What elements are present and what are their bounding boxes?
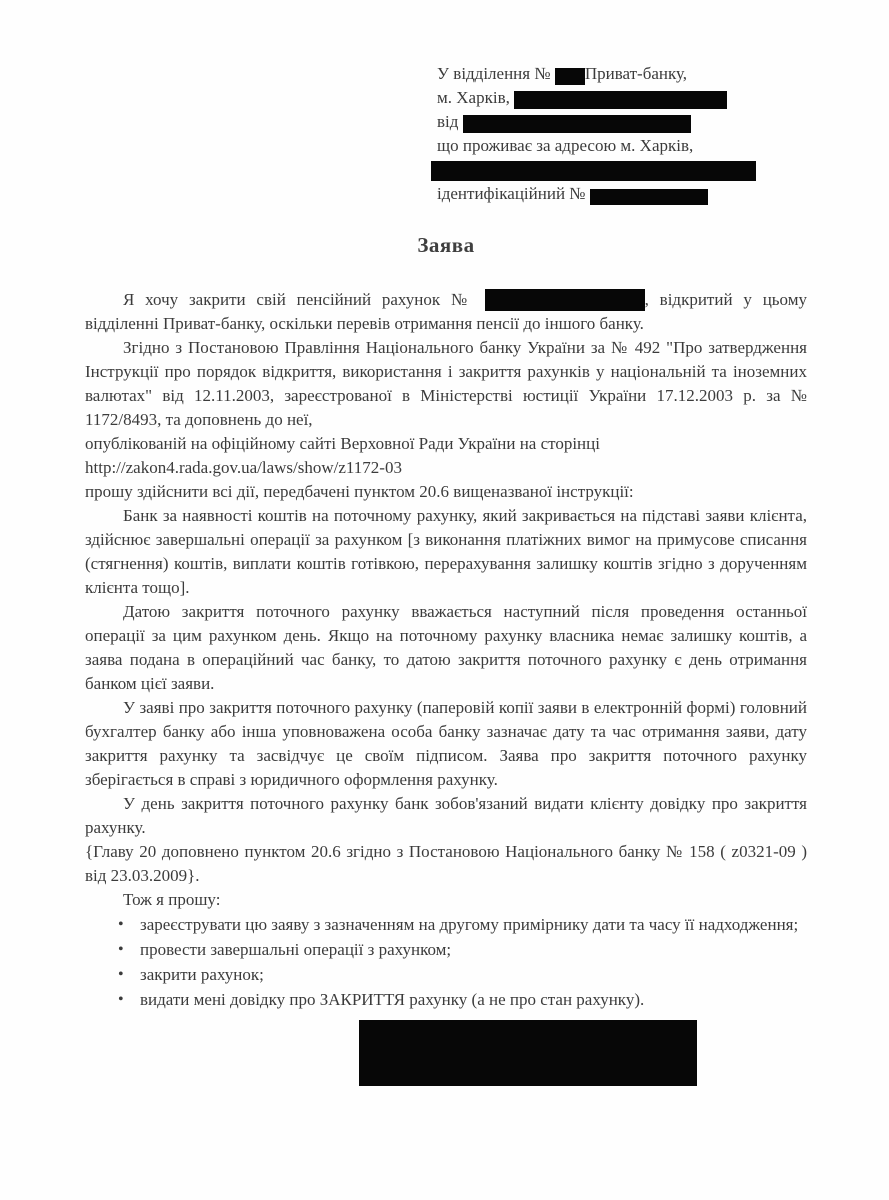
redaction-box-signature (359, 1020, 697, 1086)
document-title: Заява (85, 233, 807, 258)
recipient-line-text: ідентифікаційний № (437, 184, 590, 203)
paragraph-text: Я хочу закрити свій пенсійний рахунок № (123, 290, 485, 309)
recipient-line-text: що проживає за адресою м. Харків, (437, 136, 693, 155)
document-page: У відділення № Приват-банку, м. Харків, … (0, 0, 889, 1200)
recipient-line-residence: що проживає за адресою м. Харків, (437, 134, 809, 158)
recipient-line-text: У відділення № (437, 64, 555, 83)
paragraph-legal-basis: Згідно з Постановою Правління Національн… (85, 336, 807, 504)
paragraph-closing-date: Датою закриття поточного рахунку вважаєт… (85, 600, 807, 696)
paragraph-certificate-obligation: У день закриття поточного рахунку банк з… (85, 792, 807, 840)
recipient-line-text: від (437, 112, 463, 131)
paragraph-request-close: Я хочу закрити свій пенсійний рахунок № … (85, 287, 807, 336)
paragraph-amendment-note: {Главу 20 доповнено пунктом 20.6 згідно … (85, 840, 807, 888)
request-list-item-certificate: видати мені довідку про ЗАКРИТТЯ рахунку… (85, 988, 807, 1012)
request-list: зареєструвати цю заяву з зазначенням на … (85, 913, 807, 1012)
recipient-line-branch: У відділення № Приват-банку, (437, 62, 809, 86)
paragraph-bank-final-operations: Банк за наявності коштів на поточному ра… (85, 504, 807, 600)
request-list-item-close-account: закрити рахунок; (85, 963, 807, 987)
recipient-line-from: від (437, 110, 809, 134)
document-body: Я хочу закрити свій пенсійний рахунок № … (85, 287, 807, 1086)
recipient-line-city: м. Харків, (437, 86, 809, 110)
recipient-line-text: м. Харків, (437, 88, 514, 107)
redaction-box-bank-address (514, 91, 727, 109)
paragraph-statement-processing: У заяві про закриття поточного рахунку (… (85, 696, 807, 792)
recipient-line-id: ідентифікаційний № (437, 182, 809, 206)
redaction-box-branch-number (555, 68, 585, 85)
redaction-box-account-number (485, 289, 645, 311)
recipient-line-text: Приват-банку, (585, 64, 687, 83)
redaction-box-applicant-address (431, 161, 756, 181)
redaction-box-applicant-name (463, 115, 691, 133)
redaction-box-id-number (590, 189, 708, 205)
recipient-line-address-redacted (437, 158, 809, 182)
recipient-block: У відділення № Приват-банку, м. Харків, … (437, 62, 809, 206)
request-list-item-register: зареєструвати цю заяву з зазначенням на … (85, 913, 807, 937)
request-list-item-final-operations: провести завершальні операції з рахунком… (85, 938, 807, 962)
paragraph-request-intro: Тож я прошу: (85, 888, 807, 912)
